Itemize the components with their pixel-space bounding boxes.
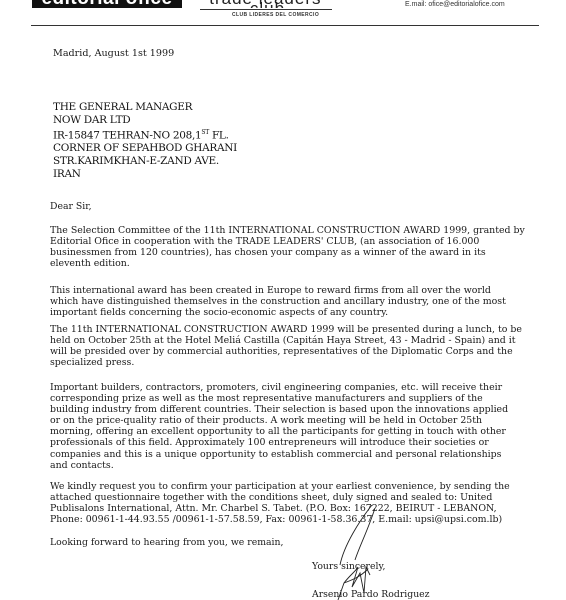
- recipient-line: IRAN: [53, 168, 237, 181]
- paragraph-1: The Selection Committee of the 11th INTE…: [50, 225, 520, 269]
- handwritten-signature: [330, 505, 420, 600]
- text-line: attached questionnaire together with the…: [50, 492, 520, 503]
- text-line: which have distinguished themselves in t…: [50, 296, 520, 307]
- paragraph-4: Important builders, contractors, promote…: [50, 382, 520, 471]
- text-line: This international award has been create…: [50, 285, 520, 296]
- recipient-line: IR-15847 TEHRAN-NO 208,1ST FL.: [53, 127, 237, 142]
- text-line: Publisalons International, Attn. Mr. Cha…: [50, 503, 520, 514]
- text-line: building industry from different countri…: [50, 404, 520, 415]
- paragraph-2: This international award has been create…: [50, 285, 520, 318]
- text-line: Editorial Ofice in cooperation with the …: [50, 236, 520, 247]
- text-line: eleventh edition.: [50, 258, 520, 269]
- text-line: morning, offering an excellent opportuni…: [50, 426, 520, 437]
- text-line: businessmen from 120 countries), has cho…: [50, 247, 520, 258]
- trade-leaders-club-logo: trade leaders' club: [200, 0, 335, 8]
- recipient-line: NOW DAR LTD: [53, 114, 237, 127]
- recipient-line: STR.KARIMKHAN-E-ZAND AVE.: [53, 155, 237, 168]
- letter-date: Madrid, August 1st 1999: [53, 48, 174, 59]
- club-subtitle: CLUB LIDERES DEL COMERCIO: [232, 12, 319, 18]
- header-divider: [31, 25, 539, 26]
- text-line: corresponding prize as well as the most …: [50, 393, 520, 404]
- text-line: companies and this is a unique opportuni…: [50, 449, 520, 460]
- recipient-line: THE GENERAL MANAGER: [53, 101, 237, 114]
- recipient-line: CORNER OF SEPAHBOD GHARANI: [53, 142, 237, 155]
- salutation: Dear Sir,: [50, 201, 92, 212]
- text-line: will be presided over by commercial auth…: [50, 346, 520, 357]
- text-line: We kindly request you to confirm your pa…: [50, 481, 520, 492]
- text-line: The 11th INTERNATIONAL CONSTRUCTION AWAR…: [50, 324, 520, 335]
- paragraph-5: We kindly request you to confirm your pa…: [50, 481, 520, 525]
- text-line: specialized press.: [50, 357, 520, 368]
- paragraph-3: The 11th INTERNATIONAL CONSTRUCTION AWAR…: [50, 324, 520, 368]
- header-email: E.mail: ofice@editorialofice.com: [405, 1, 505, 8]
- text-line: important fields concerning the socio-ec…: [50, 307, 520, 318]
- text-line: Important builders, contractors, promote…: [50, 382, 520, 393]
- recipient-address: THE GENERAL MANAGER NOW DAR LTD IR-15847…: [53, 101, 237, 181]
- logo-underline: [200, 9, 332, 10]
- text-line: Phone: 00961-1-44.93.55 /00961-1-57.58.5…: [50, 514, 520, 525]
- text-line: professionals of this field. Approximate…: [50, 437, 520, 448]
- text-line: or on the price-quality ratio of their p…: [50, 415, 520, 426]
- text-line: held on October 25th at the Hotel Meliá …: [50, 335, 520, 346]
- letterhead: editorial ofice trade leaders' club CLUB…: [0, 0, 566, 40]
- editorial-ofice-logo: editorial ofice: [32, 0, 182, 8]
- text-line: and contacts.: [50, 460, 520, 471]
- closing-line: Looking forward to hearing from you, we …: [50, 537, 283, 548]
- text-line: The Selection Committee of the 11th INTE…: [50, 225, 520, 236]
